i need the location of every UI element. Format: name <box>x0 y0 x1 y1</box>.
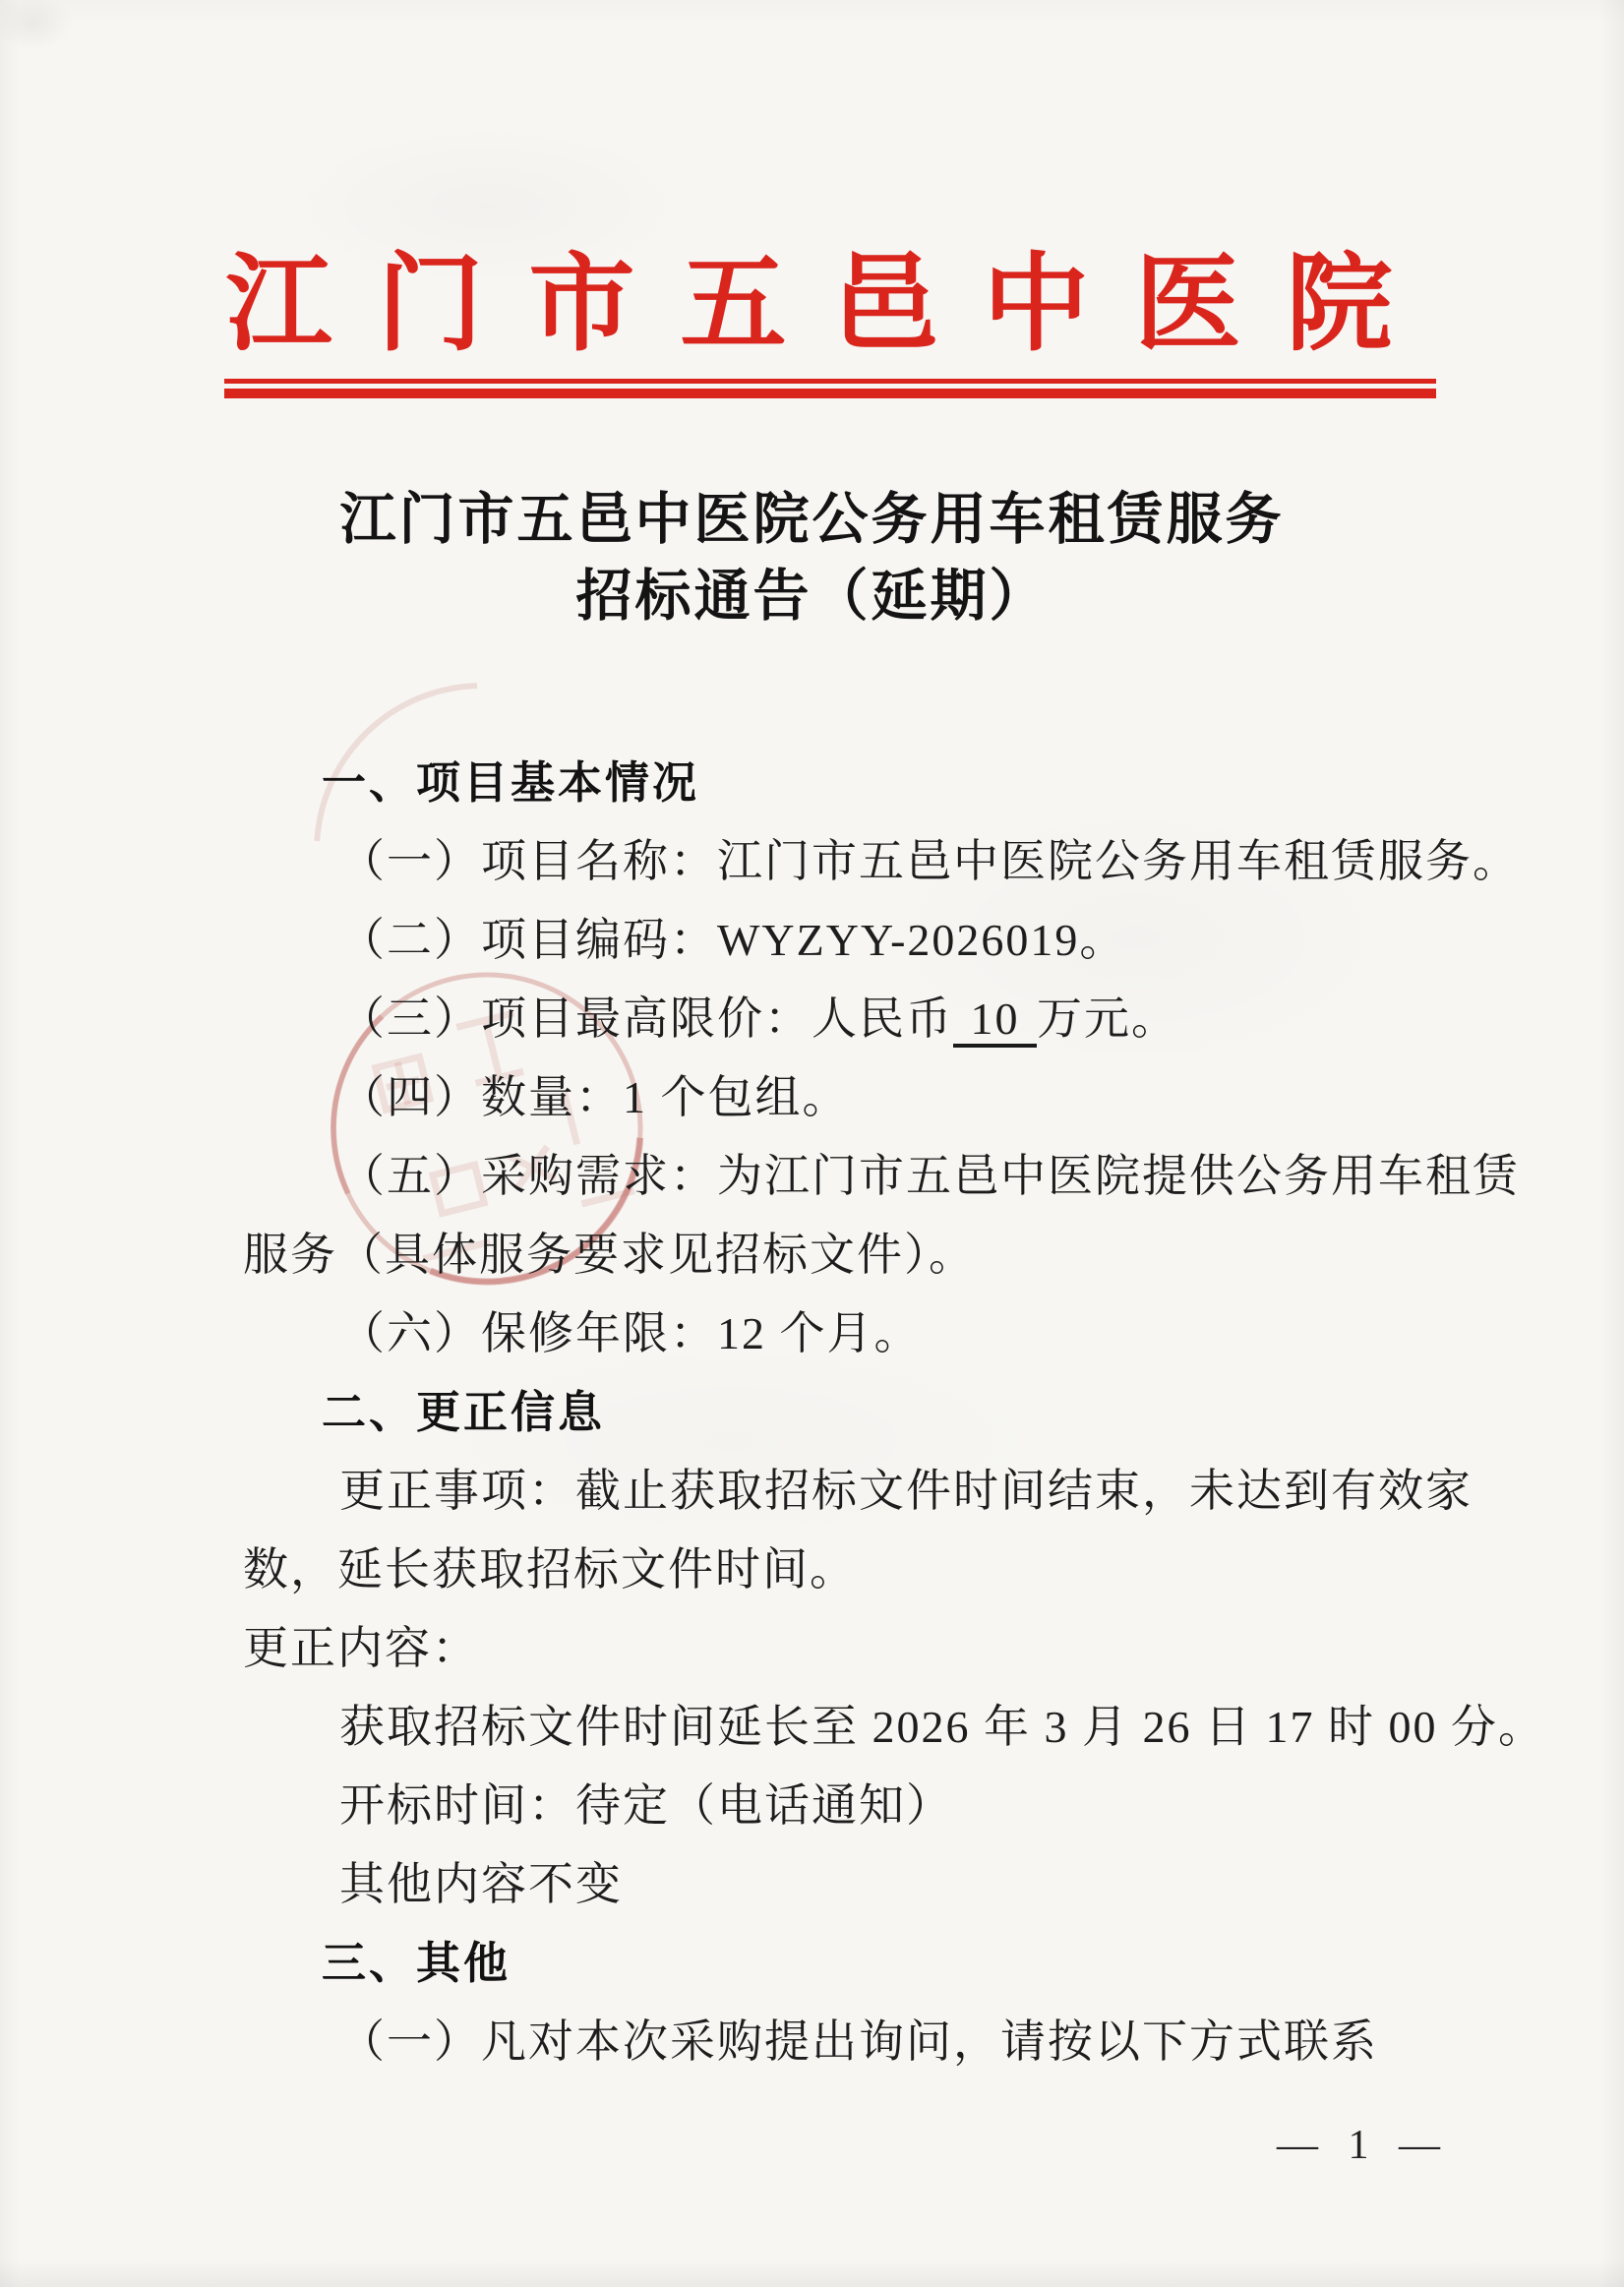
price-limit-prefix: （三）项目最高限价：人民币 <box>339 993 953 1044</box>
body-line-correction-item: 更正事项：截止获取招标文件时间结束，未达到有效家 <box>243 1452 1448 1531</box>
document-body: 一、项目基本情况 （一）项目名称：江门市五邑中医院公务用车租赁服务。 （二）项目… <box>243 744 1448 2081</box>
body-line-price-limit: （三）项目最高限价：人民币 10 万元。 <box>243 980 1448 1058</box>
masthead-rule-thin <box>224 379 1436 384</box>
underlined-price-value: 10 <box>953 993 1037 1048</box>
section-heading-3: 三、其他 <box>243 1924 1448 2003</box>
document-title-line1: 江门市五邑中医院公务用车租赁服务 <box>0 482 1624 559</box>
body-line-correction-content-label: 更正内容： <box>243 1609 1448 1688</box>
document-title-line2: 招标通告（延期） <box>0 559 1624 635</box>
body-line-deadline-extension: 获取招标文件时间延长至 2026 年 3 月 26 日 17 时 00 分。 <box>243 1688 1448 1767</box>
scanned-document-page: 江门市五邑中医院 江门市五邑中医院公务用车租赁服务 招标通告（延期） 一、项目基… <box>0 0 1624 2287</box>
body-line-project-name: （一）项目名称：江门市五邑中医院公务用车租赁服务。 <box>243 822 1448 901</box>
body-line-bid-opening-time: 开标时间：待定（电话通知） <box>243 1767 1448 1845</box>
body-line-procurement-need-cont: 服务（具体服务要求见招标文件）。 <box>243 1216 1448 1294</box>
hospital-masthead-title: 江门市五邑中医院 <box>0 248 1624 364</box>
section-heading-2: 二、更正信息 <box>243 1373 1448 1452</box>
body-line-project-code: （二）项目编码：WYZYY-2026019。 <box>243 901 1448 980</box>
body-line-quantity: （四）数量：1 个包组。 <box>243 1058 1448 1137</box>
body-line-inquiry-contact: （一）凡对本次采购提出询问，请按以下方式联系 <box>243 2003 1448 2081</box>
page-number: — 1 — <box>1277 2123 1450 2168</box>
price-limit-suffix: 万元。 <box>1037 993 1178 1044</box>
document-title: 江门市五邑中医院公务用车租赁服务 招标通告（延期） <box>0 482 1624 635</box>
section-heading-1: 一、项目基本情况 <box>243 744 1448 822</box>
body-line-procurement-need: （五）采购需求：为江门市五邑中医院提供公务用车租赁 <box>243 1137 1448 1216</box>
body-line-other-unchanged: 其他内容不变 <box>243 1845 1448 1924</box>
masthead-rule-thick <box>224 389 1436 398</box>
body-line-warranty: （六）保修年限：12 个月。 <box>243 1294 1448 1373</box>
body-line-correction-item-cont: 数，延长获取招标文件时间。 <box>243 1531 1448 1609</box>
